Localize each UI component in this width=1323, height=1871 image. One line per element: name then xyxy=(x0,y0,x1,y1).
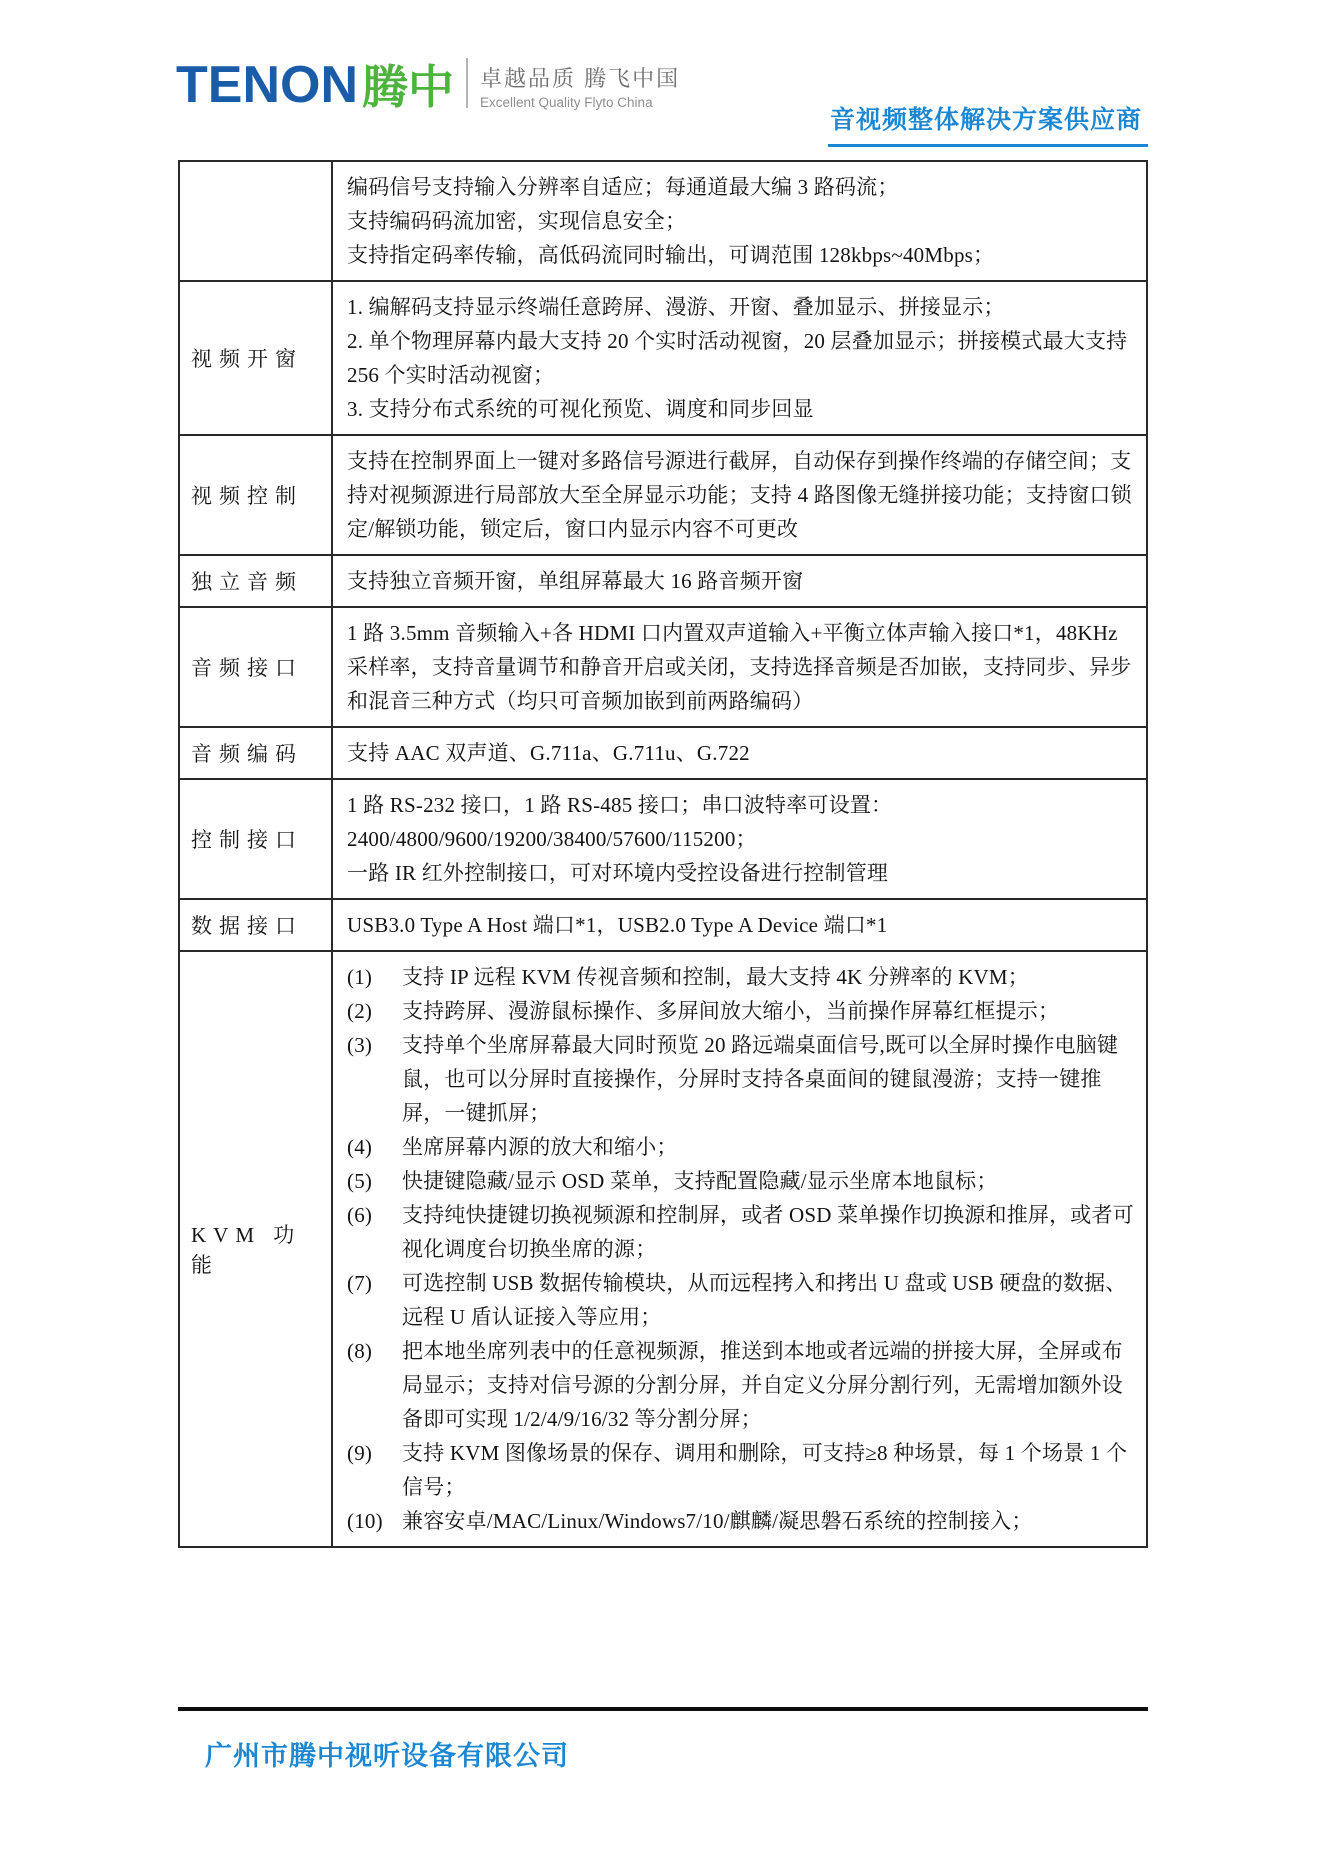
spec-paragraph: 2. 单个物理屏幕内最大支持 20 个实时活动视窗，20 层叠加显示；拼接模式最… xyxy=(347,324,1136,392)
row-label: 音频接口 xyxy=(180,608,333,726)
kvm-item-text: 快捷键隐藏/显示 OSD 菜单，支持配置隐藏/显示坐席本地鼠标； xyxy=(402,1164,1136,1198)
kvm-item-number: (7) xyxy=(347,1266,402,1334)
row-content: 编码信号支持输入分辨率自适应；每通道最大编 3 路码流；支持编码码流加密，实现信… xyxy=(333,162,1146,280)
spec-paragraph: 一路 IR 红外控制接口，可对环境内受控设备进行控制管理 xyxy=(347,856,1136,890)
spec-row: 编码信号支持输入分辨率自适应；每通道最大编 3 路码流；支持编码码流加密，实现信… xyxy=(180,162,1146,280)
spec-table: 编码信号支持输入分辨率自适应；每通道最大编 3 路码流；支持编码码流加密，实现信… xyxy=(178,160,1148,1548)
kvm-item-number: (1) xyxy=(347,960,402,994)
kvm-feature-item: (7)可选控制 USB 数据传输模块，从而远程拷入和拷出 U 盘或 USB 硬盘… xyxy=(347,1266,1136,1334)
kvm-item-number: (10) xyxy=(347,1504,402,1538)
kvm-item-text: 兼容安卓/MAC/Linux/Windows7/10/麒麟/凝思磐石系统的控制接… xyxy=(402,1504,1136,1538)
spec-paragraph: USB3.0 Type A Host 端口*1，USB2.0 Type A De… xyxy=(347,908,1136,942)
spec-row: 音频接口1 路 3.5mm 音频输入+各 HDMI 口内置双声道输入+平衡立体声… xyxy=(180,606,1146,726)
row-label: 独立音频 xyxy=(180,556,333,606)
kvm-item-number: (6) xyxy=(347,1198,402,1266)
spec-paragraph: 支持在控制界面上一键对多路信号源进行截屏，自动保存到操作终端的存储空间；支持对视… xyxy=(347,444,1136,546)
row-label: KVM 功能 xyxy=(180,952,333,1546)
header-slogan: 音视频整体解决方案供应商 xyxy=(828,100,1148,147)
kvm-item-text: 可选控制 USB 数据传输模块，从而远程拷入和拷出 U 盘或 USB 硬盘的数据… xyxy=(402,1266,1136,1334)
company-logo: TENON 腾中 卓越品质 腾飞中国 Excellent Quality Fly… xyxy=(176,58,680,110)
row-content: USB3.0 Type A Host 端口*1，USB2.0 Type A De… xyxy=(333,900,1146,950)
kvm-feature-item: (5)快捷键隐藏/显示 OSD 菜单，支持配置隐藏/显示坐席本地鼠标； xyxy=(347,1164,1136,1198)
kvm-item-text: 支持单个坐席屏幕最大同时预览 20 路远端桌面信号,既可以全屏时操作电脑键鼠，也… xyxy=(402,1028,1136,1130)
logo-divider xyxy=(466,58,468,108)
row-content: 1. 编解码支持显示终端任意跨屏、漫游、开窗、叠加显示、拼接显示；2. 单个物理… xyxy=(333,282,1146,434)
row-label: 音频编码 xyxy=(180,728,333,778)
tagline-english: Excellent Quality Flyto China xyxy=(480,95,680,110)
kvm-item-text: 支持 IP 远程 KVM 传视音频和控制，最大支持 4K 分辨率的 KVM； xyxy=(402,960,1136,994)
row-content: 支持独立音频开窗，单组屏幕最大 16 路音频开窗 xyxy=(333,556,1146,606)
kvm-item-number: (5) xyxy=(347,1164,402,1198)
kvm-item-text: 把本地坐席列表中的任意视频源，推送到本地或者远端的拼接大屏，全屏或布局显示；支持… xyxy=(402,1334,1136,1436)
logo-tagline: 卓越品质 腾飞中国 Excellent Quality Flyto China xyxy=(480,62,680,110)
kvm-feature-item: (9)支持 KVM 图像场景的保存、调用和删除，可支持≥8 种场景，每 1 个场… xyxy=(347,1436,1136,1504)
row-label: 数据接口 xyxy=(180,900,333,950)
row-content: 1 路 3.5mm 音频输入+各 HDMI 口内置双声道输入+平衡立体声输入接口… xyxy=(333,608,1146,726)
kvm-feature-item: (8)把本地坐席列表中的任意视频源，推送到本地或者远端的拼接大屏，全屏或布局显示… xyxy=(347,1334,1136,1436)
spec-paragraph: 支持编码码流加密，实现信息安全； xyxy=(347,204,1136,238)
spec-paragraph: 支持 AAC 双声道、G.711a、G.711u、G.722 xyxy=(347,736,1136,770)
footer-divider-line xyxy=(178,1707,1148,1711)
kvm-item-text: 支持 KVM 图像场景的保存、调用和删除，可支持≥8 种场景，每 1 个场景 1… xyxy=(402,1436,1136,1504)
kvm-item-number: (2) xyxy=(347,994,402,1028)
row-label: 控制接口 xyxy=(180,780,333,898)
kvm-feature-item: (1)支持 IP 远程 KVM 传视音频和控制，最大支持 4K 分辨率的 KVM… xyxy=(347,960,1136,994)
row-content: 1 路 RS-232 接口，1 路 RS-485 接口；串口波特率可设置：240… xyxy=(333,780,1146,898)
kvm-item-number: (3) xyxy=(347,1028,402,1130)
spec-row: 视频开窗1. 编解码支持显示终端任意跨屏、漫游、开窗、叠加显示、拼接显示；2. … xyxy=(180,280,1146,434)
spec-paragraph: 支持指定码率传输，高低码流同时输出，可调范围 128kbps~40Mbps； xyxy=(347,238,1136,272)
spec-paragraph: 编码信号支持输入分辨率自适应；每通道最大编 3 路码流； xyxy=(347,170,1136,204)
row-label xyxy=(180,162,333,280)
spec-paragraph: 1 路 RS-232 接口，1 路 RS-485 接口；串口波特率可设置：240… xyxy=(347,788,1136,856)
kvm-item-text: 支持跨屏、漫游鼠标操作、多屏间放大缩小，当前操作屏幕红框提示； xyxy=(402,994,1136,1028)
kvm-item-number: (8) xyxy=(347,1334,402,1436)
spec-row: 控制接口1 路 RS-232 接口，1 路 RS-485 接口；串口波特率可设置… xyxy=(180,778,1146,898)
kvm-feature-item: (4)坐席屏幕内源的放大和缩小； xyxy=(347,1130,1136,1164)
kvm-feature-item: (3)支持单个坐席屏幕最大同时预览 20 路远端桌面信号,既可以全屏时操作电脑键… xyxy=(347,1028,1136,1130)
spec-paragraph: 3. 支持分布式系统的可视化预览、调度和同步回显 xyxy=(347,392,1136,426)
row-label: 视频控制 xyxy=(180,436,333,554)
footer-company-name: 广州市腾中视听设备有限公司 xyxy=(205,1734,569,1773)
spec-paragraph: 1. 编解码支持显示终端任意跨屏、漫游、开窗、叠加显示、拼接显示； xyxy=(347,290,1136,324)
row-content: 支持在控制界面上一键对多路信号源进行截屏，自动保存到操作终端的存储空间；支持对视… xyxy=(333,436,1146,554)
kvm-feature-item: (10)兼容安卓/MAC/Linux/Windows7/10/麒麟/凝思磐石系统… xyxy=(347,1504,1136,1538)
kvm-item-number: (9) xyxy=(347,1436,402,1504)
row-content: 支持 AAC 双声道、G.711a、G.711u、G.722 xyxy=(333,728,1146,778)
logo-tenon-text: TENON xyxy=(176,61,358,110)
kvm-item-text: 支持纯快捷键切换视频源和控制屏，或者 OSD 菜单操作切换源和推屏，或者可视化调… xyxy=(402,1198,1136,1266)
spec-row: KVM 功能(1)支持 IP 远程 KVM 传视音频和控制，最大支持 4K 分辨… xyxy=(180,950,1146,1546)
kvm-item-text: 坐席屏幕内源的放大和缩小； xyxy=(402,1130,1136,1164)
page-header: TENON 腾中 卓越品质 腾飞中国 Excellent Quality Fly… xyxy=(0,0,1323,150)
spec-paragraph: 支持独立音频开窗，单组屏幕最大 16 路音频开窗 xyxy=(347,564,1136,598)
tagline-chinese: 卓越品质 腾飞中国 xyxy=(480,62,680,93)
logo-chinese-text: 腾中 xyxy=(362,64,454,110)
spec-row: 音频编码支持 AAC 双声道、G.711a、G.711u、G.722 xyxy=(180,726,1146,778)
spec-paragraph: 1 路 3.5mm 音频输入+各 HDMI 口内置双声道输入+平衡立体声输入接口… xyxy=(347,616,1136,718)
spec-row: 独立音频支持独立音频开窗，单组屏幕最大 16 路音频开窗 xyxy=(180,554,1146,606)
row-label: 视频开窗 xyxy=(180,282,333,434)
kvm-item-number: (4) xyxy=(347,1130,402,1164)
spec-row: 视频控制支持在控制界面上一键对多路信号源进行截屏，自动保存到操作终端的存储空间；… xyxy=(180,434,1146,554)
spec-row: 数据接口USB3.0 Type A Host 端口*1，USB2.0 Type … xyxy=(180,898,1146,950)
row-content: (1)支持 IP 远程 KVM 传视音频和控制，最大支持 4K 分辨率的 KVM… xyxy=(333,952,1146,1546)
kvm-feature-item: (2)支持跨屏、漫游鼠标操作、多屏间放大缩小，当前操作屏幕红框提示； xyxy=(347,994,1136,1028)
kvm-feature-item: (6)支持纯快捷键切换视频源和控制屏，或者 OSD 菜单操作切换源和推屏，或者可… xyxy=(347,1198,1136,1266)
